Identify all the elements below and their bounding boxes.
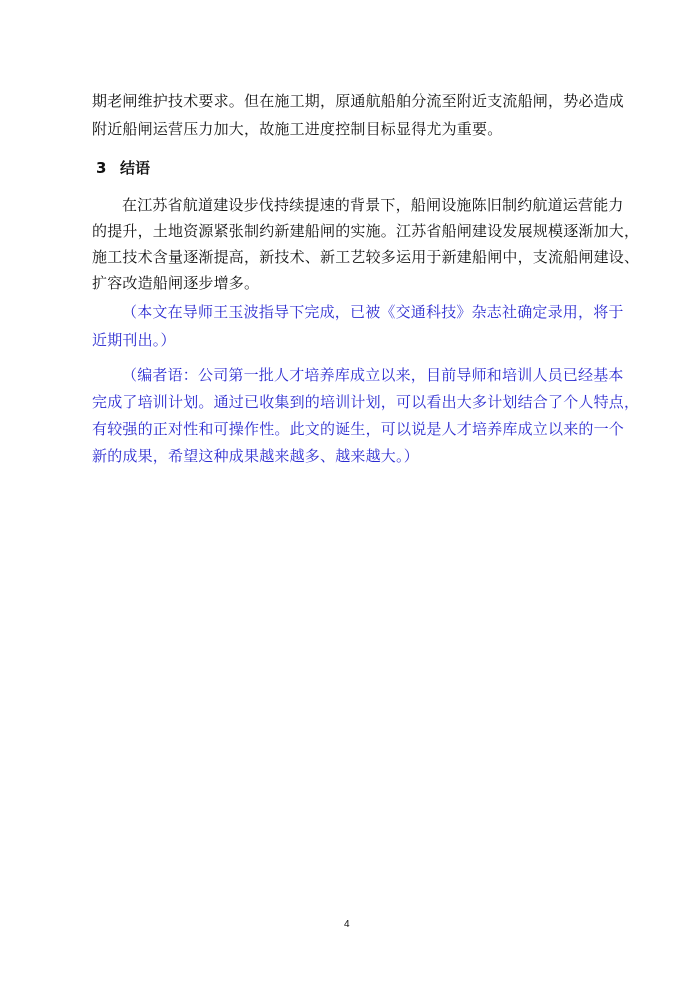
conclusion-line: 在江苏省航道建设步伐持续提速的背景下，船闸设施陈旧制约航道运营能力 bbox=[122, 196, 624, 214]
publication-note-line: （本文在导师王玉波指导下完成，已被《交通科技》杂志社确定录用，将于 bbox=[122, 303, 624, 321]
conclusion-line: 扩容改造船闸逐步增多。 bbox=[92, 274, 259, 292]
section-number: 3 bbox=[96, 159, 120, 177]
editor-note-line: 有较强的正对性和可操作性。此文的诞生，可以说是人才培养库成立以来的一个 bbox=[92, 420, 624, 438]
paragraph-line: 期老闸维护技术要求。但在施工期，原通航船舶分流至附近支流船闸，势必造成 bbox=[92, 92, 624, 110]
section-title: 结语 bbox=[120, 159, 150, 177]
section-heading: 3结语 bbox=[96, 157, 150, 178]
conclusion-line: 施工技术含量逐渐提高，新技术、新工艺较多运用于新建船闸中，支流船闸建设、 bbox=[92, 248, 639, 266]
conclusion-line: 的提升，土地资源紧张制约新建船闸的实施。江苏省船闸建设发展规模逐渐加大， bbox=[92, 222, 639, 240]
publication-note-line: 近期刊出。） bbox=[92, 331, 176, 349]
paragraph-line: 附近船闸运营压力加大，故施工进度控制目标显得尤为重要。 bbox=[92, 120, 502, 138]
editor-note-line: （编者语：公司第一批人才培养库成立以来，目前导师和培训人员已经基本 bbox=[122, 366, 624, 384]
editor-note-line: 完成了培训计划。通过已收集到的培训计划，可以看出大多计划结合了个人特点， bbox=[92, 393, 639, 411]
editor-note-line: 新的成果，希望这种成果越来越多、越来越大。） bbox=[92, 447, 419, 465]
page-number: 4 bbox=[344, 919, 350, 930]
